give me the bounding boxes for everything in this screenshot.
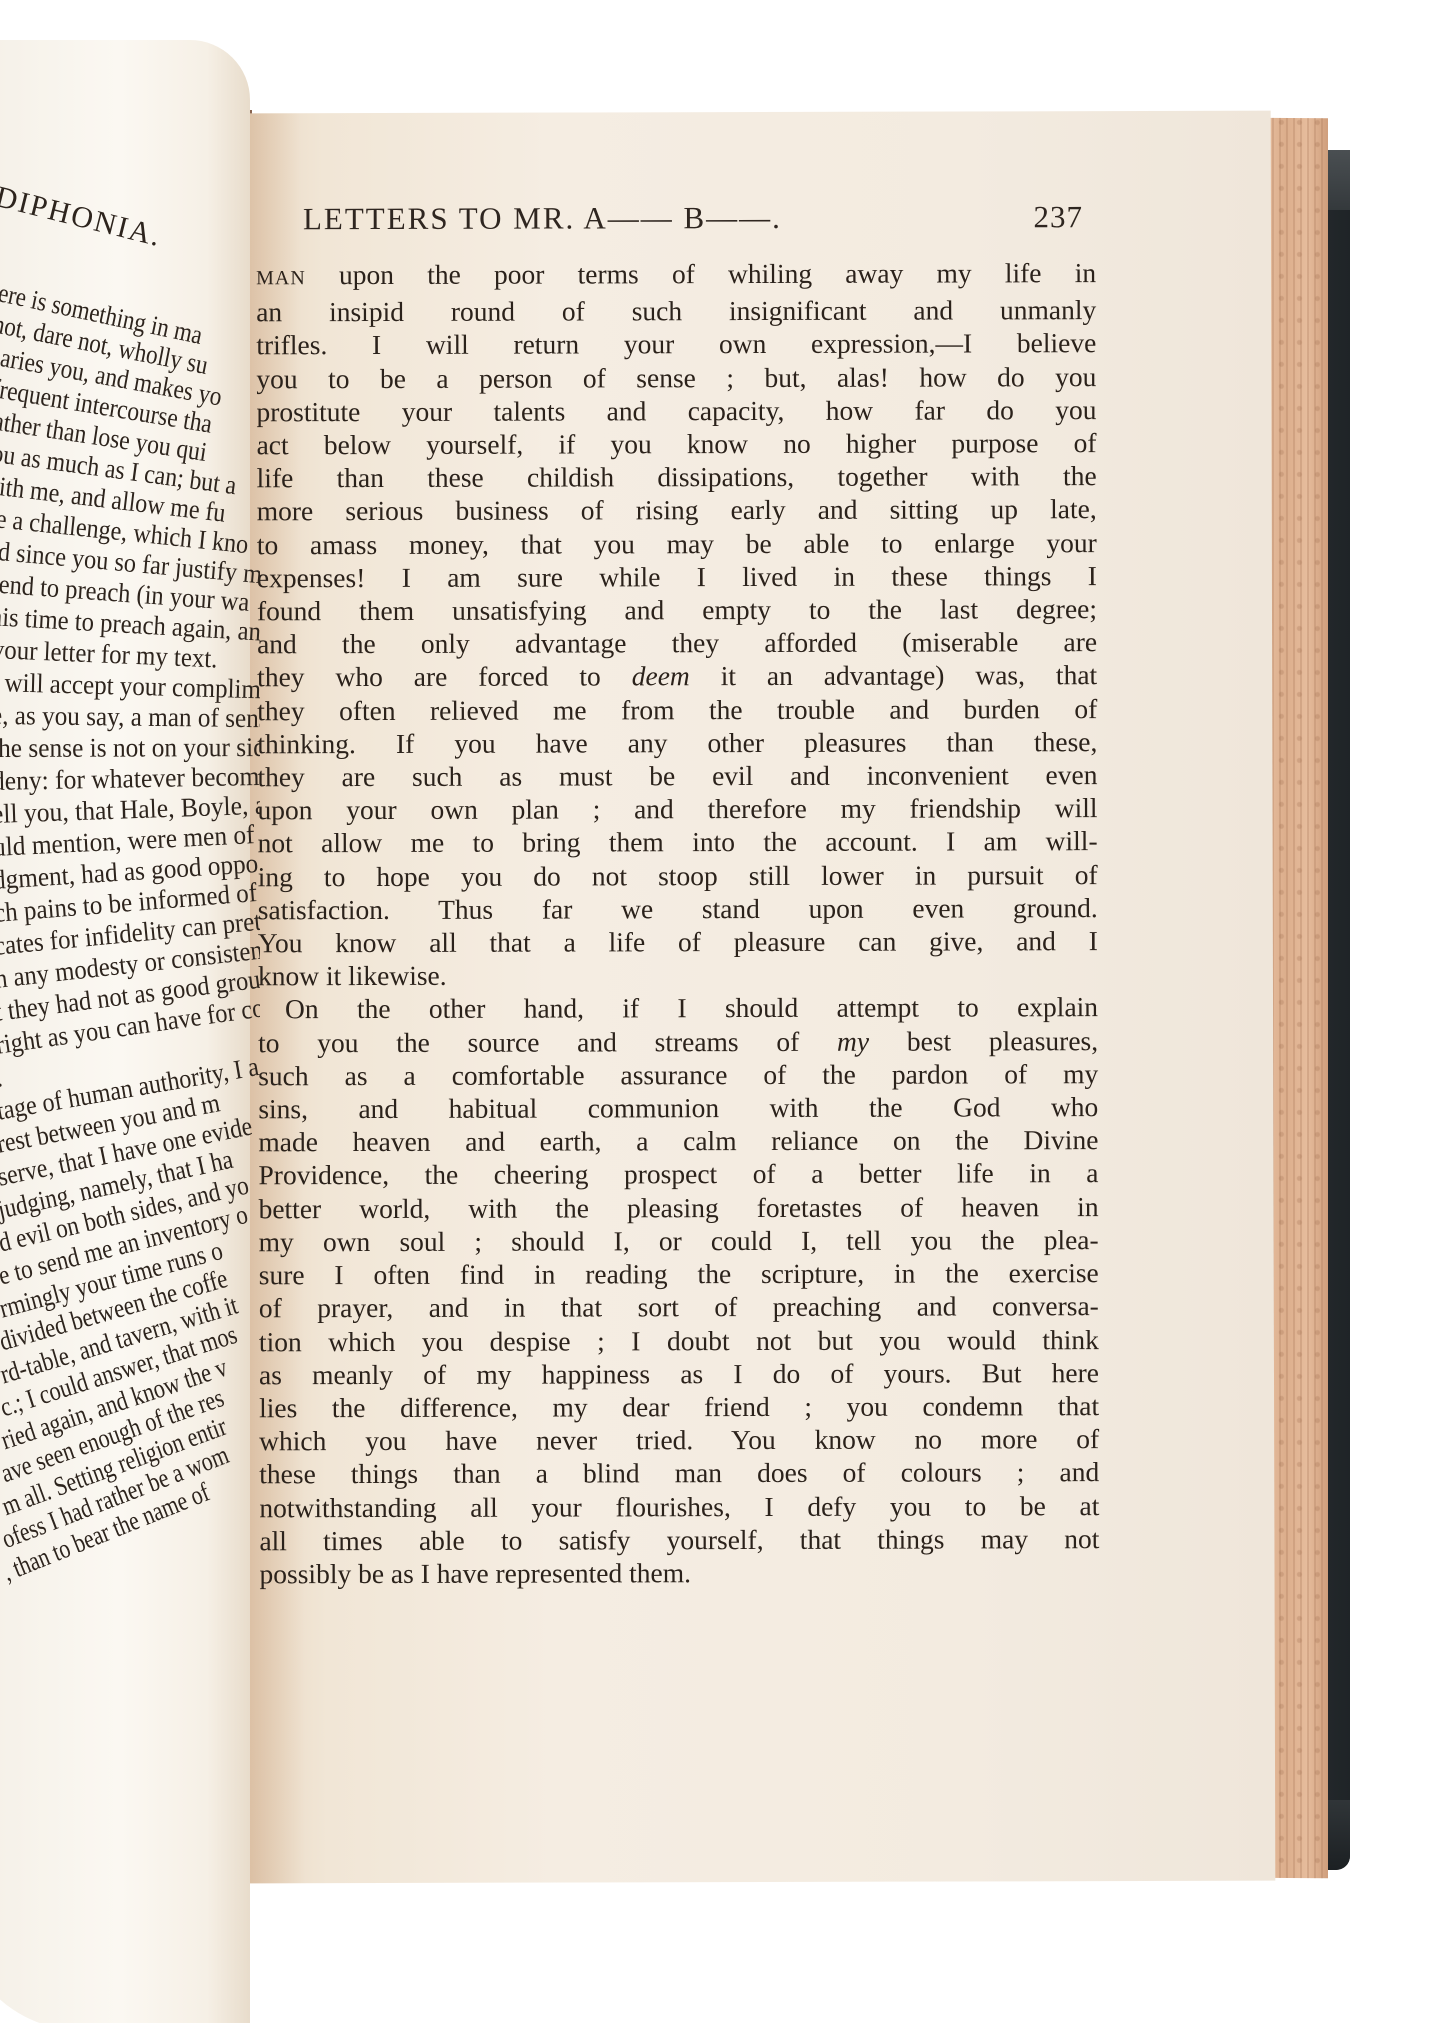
right-page: LETTERS TO MR. A—— B——. 237 MAN upon the…: [241, 111, 1276, 1884]
text-line: life than these childish dissipations, t…: [242, 459, 1097, 494]
text-line: tion which you despise ; I doubt not but…: [244, 1323, 1099, 1358]
text-line: know it likewise.: [243, 957, 1098, 992]
text-line: which you have never tried. You know no …: [244, 1422, 1099, 1457]
text-line: trifles. I will return your own expressi…: [241, 327, 1096, 362]
text-line: Providence, the cheering prospect of a b…: [243, 1157, 1098, 1192]
text-line: such as a comfortable assurance of the p…: [243, 1057, 1098, 1092]
italic-word: deem: [632, 661, 690, 692]
text-line: notwithstanding all your flourishes, I d…: [244, 1489, 1099, 1524]
text-line: my own soul ; should I, or could I, tell…: [244, 1223, 1099, 1258]
smallcaps-word: MAN: [256, 267, 306, 289]
text-line: you to be a person of sense ; but, alas!…: [241, 360, 1096, 395]
text-line: upon your own plan ; and therefore my fr…: [242, 791, 1097, 826]
text-line: possibly be as I have represented them.: [244, 1555, 1099, 1590]
text-line: ing to hope you do not stoop still lower…: [243, 858, 1098, 893]
text-line: an insipid round of such insignificant a…: [241, 293, 1096, 328]
text-line: as meanly of my happiness as I do of you…: [244, 1356, 1099, 1391]
text-line: they are such as must be evil and inconv…: [242, 758, 1097, 793]
text-line: not allow me to bring them into the acco…: [243, 825, 1098, 860]
text-line: found them unsatisfying and empty to the…: [242, 592, 1097, 627]
text-line: better world, with the pleasing foretast…: [244, 1190, 1099, 1225]
text-line: and the only advantage they afforded (mi…: [242, 625, 1097, 660]
page-body-text: MAN upon the poor terms of whiling away …: [241, 256, 1104, 1590]
text-line: satisfaction. Thus far we stand upon eve…: [243, 891, 1098, 926]
italic-word: my: [837, 1025, 869, 1056]
text-line: these things than a blind man does of co…: [244, 1455, 1099, 1490]
open-book-photo: LETTERS TO MR. A—— B——. 237 MAN upon the…: [0, 0, 1445, 2023]
text-line: prostitute your talents and capacity, ho…: [241, 393, 1096, 428]
running-head-title: LETTERS TO MR. A—— B——.: [303, 200, 782, 237]
running-head: LETTERS TO MR. A—— B——. 237: [303, 199, 1083, 249]
text-line: expenses! I am sure while I lived in the…: [242, 559, 1097, 594]
text-line: they often relieved me from the trouble …: [242, 692, 1097, 727]
text-line: to amass money, that you may be able to …: [242, 526, 1097, 561]
text-line: of prayer, and in that sort of preaching…: [244, 1289, 1099, 1324]
text-line: more serious business of rising early an…: [242, 493, 1097, 528]
text-line: to you the source and streams of my best…: [243, 1024, 1098, 1059]
left-running-head: DIPHONIA.: [0, 180, 165, 254]
page-number: 237: [1033, 199, 1083, 235]
text-line: sins, and habitual communion with the Go…: [243, 1090, 1098, 1125]
left-text-line: e, as you say, a man of sense: [0, 699, 242, 735]
text-line: all times able to satisfy yourself, that…: [244, 1522, 1099, 1557]
left-page: DIPHONIA. , there is something in maanno…: [0, 40, 250, 2023]
text-line: made heaven and earth, a calm reliance o…: [243, 1123, 1098, 1158]
text-line: lies the difference, my dear friend ; yo…: [244, 1389, 1099, 1424]
text-line: thinking. If you have any other pleasure…: [242, 725, 1097, 760]
text-line: You know all that a life of pleasure can…: [243, 924, 1098, 959]
text-line: MAN upon the poor terms of whiling away …: [241, 256, 1096, 295]
text-line: they who are forced to deem it an advant…: [242, 659, 1097, 694]
text-line: On the other hand, if I should attempt t…: [243, 991, 1098, 1026]
text-line: act below yourself, if you know no highe…: [242, 426, 1097, 461]
left-text-line: the sense is not on your sid: [0, 731, 244, 765]
left-page-text: , there is something in maannot, dare no…: [0, 270, 260, 1870]
text-line: sure I often find in reading the scriptu…: [244, 1256, 1099, 1291]
